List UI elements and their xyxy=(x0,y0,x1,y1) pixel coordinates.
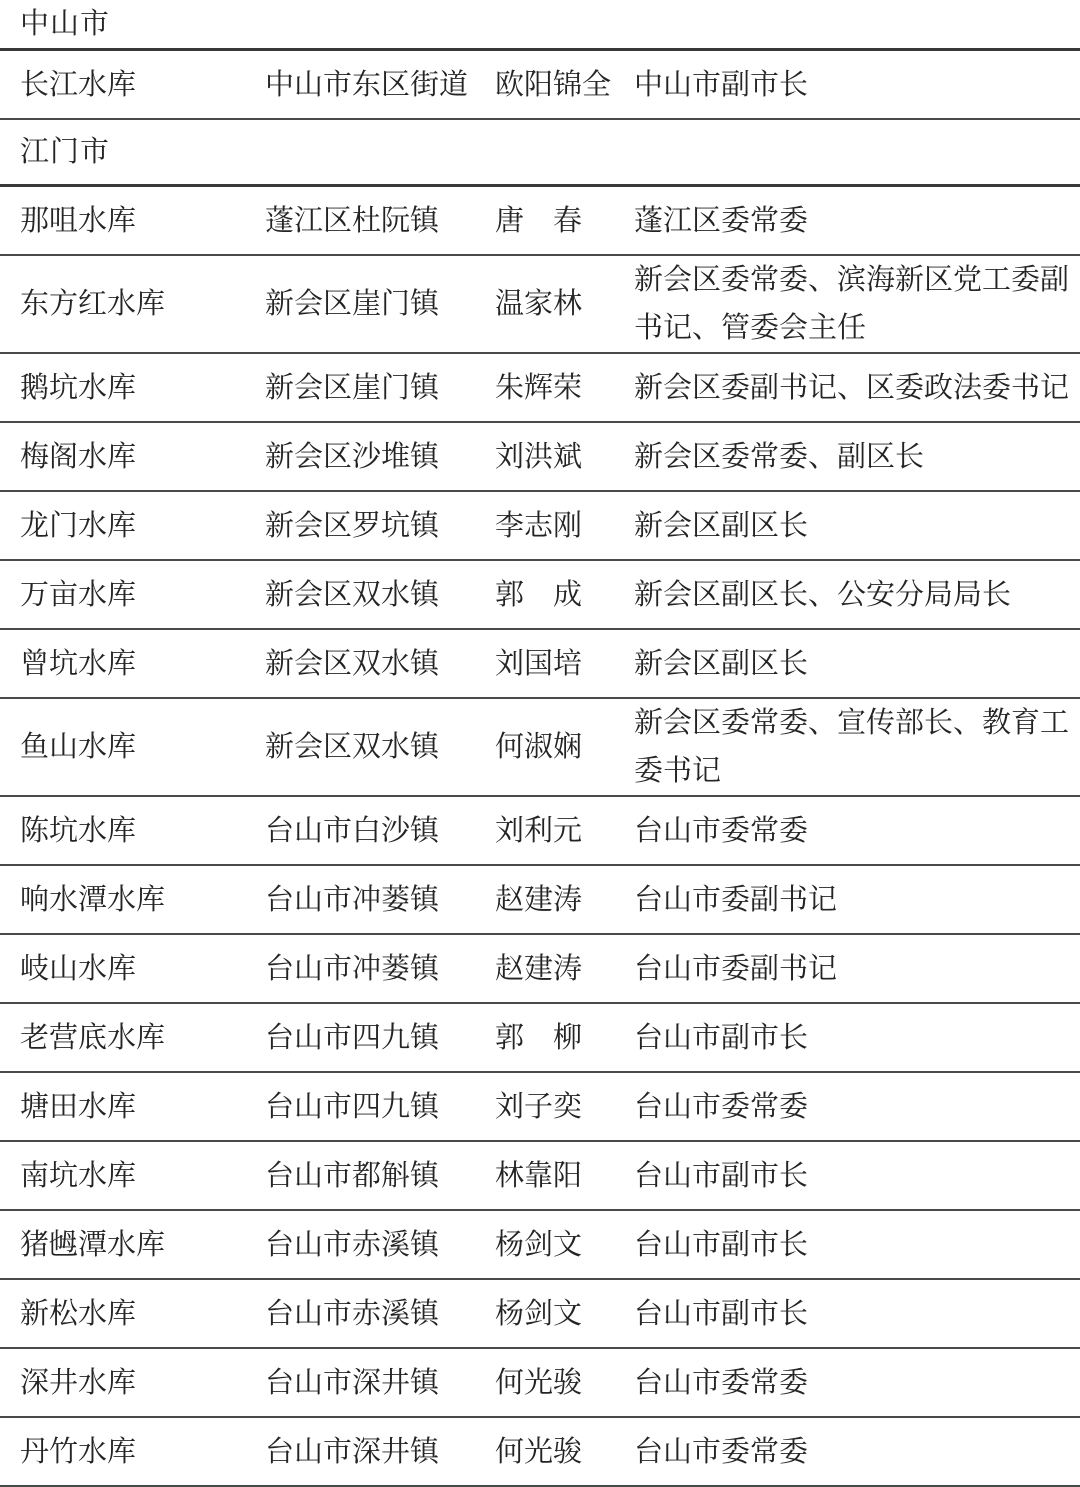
table-row: 老营底水库台山市四九镇郭 柳台山市副市长 xyxy=(0,1003,1080,1072)
location-cell: 新会区崖门镇 xyxy=(248,353,485,422)
reservoir-officials-table: 中山市长江水库中山市东区街道欧阳锦全中山市副市长江门市那咀水库蓬江区杜阮镇唐 春… xyxy=(0,0,1080,1487)
table-row: 梅阁水库新会区沙堆镇刘洪斌新会区委常委、副区长 xyxy=(0,422,1080,491)
official-title-cell: 中山市副市长 xyxy=(620,50,1080,120)
reservoir-name-cell: 陈坑水库 xyxy=(0,796,248,865)
location-cell: 台山市深井镇 xyxy=(248,1417,485,1486)
table-row: 鱼山水库新会区双水镇何淑娴新会区委常委、宣传部长、教育工委书记 xyxy=(0,698,1080,796)
location-cell: 新会区罗坑镇 xyxy=(248,491,485,560)
person-name-cell: 赵建涛 xyxy=(485,934,620,1003)
reservoir-name-cell: 塘田水库 xyxy=(0,1072,248,1141)
official-title-cell: 台山市副市长 xyxy=(620,1279,1080,1348)
official-title-cell: 台山市委常委 xyxy=(620,1072,1080,1141)
location-cell: 台山市四九镇 xyxy=(248,1072,485,1141)
location-cell: 台山市都斛镇 xyxy=(248,1141,485,1210)
person-name-cell: 郭 柳 xyxy=(485,1003,620,1072)
table-row: 东方红水库新会区崖门镇温家林新会区委常委、滨海新区党工委副书记、管委会主任 xyxy=(0,255,1080,353)
reservoir-name-cell: 南坑水库 xyxy=(0,1141,248,1210)
person-name-cell: 唐 春 xyxy=(485,186,620,256)
table-row: 长江水库中山市东区街道欧阳锦全中山市副市长 xyxy=(0,50,1080,120)
location-cell: 新会区双水镇 xyxy=(248,560,485,629)
table-body: 中山市长江水库中山市东区街道欧阳锦全中山市副市长江门市那咀水库蓬江区杜阮镇唐 春… xyxy=(0,0,1080,1486)
reservoir-name-cell: 鱼山水库 xyxy=(0,698,248,796)
official-title-cell: 新会区委常委、滨海新区党工委副书记、管委会主任 xyxy=(620,255,1080,353)
reservoir-name-cell: 那咀水库 xyxy=(0,186,248,256)
person-name-cell: 杨剑文 xyxy=(485,1210,620,1279)
official-title-cell: 新会区副区长、公安分局局长 xyxy=(620,560,1080,629)
reservoir-name-cell: 猪乸潭水库 xyxy=(0,1210,248,1279)
reservoir-name-cell: 丹竹水库 xyxy=(0,1417,248,1486)
person-name-cell: 何光骏 xyxy=(485,1348,620,1417)
table-row: 万亩水库新会区双水镇郭 成新会区副区长、公安分局局长 xyxy=(0,560,1080,629)
person-name-cell: 何淑娴 xyxy=(485,698,620,796)
official-title-cell: 台山市委常委 xyxy=(620,1348,1080,1417)
location-cell: 台山市四九镇 xyxy=(248,1003,485,1072)
table-row: 龙门水库新会区罗坑镇李志刚新会区副区长 xyxy=(0,491,1080,560)
official-title-cell: 新会区委常委、副区长 xyxy=(620,422,1080,491)
location-cell: 台山市白沙镇 xyxy=(248,796,485,865)
table-row: 猪乸潭水库台山市赤溪镇杨剑文台山市副市长 xyxy=(0,1210,1080,1279)
reservoir-name-cell: 梅阁水库 xyxy=(0,422,248,491)
reservoir-name-cell: 老营底水库 xyxy=(0,1003,248,1072)
table-row: 塘田水库台山市四九镇刘子奕台山市委常委 xyxy=(0,1072,1080,1141)
official-title-cell: 新会区副区长 xyxy=(620,629,1080,698)
table-row: 深井水库台山市深井镇何光骏台山市委常委 xyxy=(0,1348,1080,1417)
location-cell: 新会区沙堆镇 xyxy=(248,422,485,491)
person-name-cell: 林靠阳 xyxy=(485,1141,620,1210)
person-name-cell: 郭 成 xyxy=(485,560,620,629)
official-title-cell: 台山市委副书记 xyxy=(620,865,1080,934)
reservoir-name-cell: 长江水库 xyxy=(0,50,248,120)
location-cell: 新会区双水镇 xyxy=(248,698,485,796)
person-name-cell: 赵建涛 xyxy=(485,865,620,934)
location-cell: 台山市深井镇 xyxy=(248,1348,485,1417)
person-name-cell: 杨剑文 xyxy=(485,1279,620,1348)
official-title-cell: 台山市副市长 xyxy=(620,1210,1080,1279)
city-section-header: 江门市 xyxy=(0,119,1080,186)
person-name-cell: 刘洪斌 xyxy=(485,422,620,491)
reservoir-name-cell: 岐山水库 xyxy=(0,934,248,1003)
person-name-cell: 欧阳锦全 xyxy=(485,50,620,120)
person-name-cell: 温家林 xyxy=(485,255,620,353)
table-row: 新松水库台山市赤溪镇杨剑文台山市副市长 xyxy=(0,1279,1080,1348)
person-name-cell: 刘子奕 xyxy=(485,1072,620,1141)
official-title-cell: 台山市委常委 xyxy=(620,1417,1080,1486)
official-title-cell: 台山市委常委 xyxy=(620,796,1080,865)
reservoir-name-cell: 鹅坑水库 xyxy=(0,353,248,422)
city-section-row: 中山市 xyxy=(0,0,1080,50)
official-title-cell: 台山市副市长 xyxy=(620,1141,1080,1210)
official-title-cell: 新会区副区长 xyxy=(620,491,1080,560)
person-name-cell: 刘国培 xyxy=(485,629,620,698)
location-cell: 台山市赤溪镇 xyxy=(248,1279,485,1348)
official-title-cell: 台山市委副书记 xyxy=(620,934,1080,1003)
table-row: 岐山水库台山市冲蒌镇赵建涛台山市委副书记 xyxy=(0,934,1080,1003)
table-row: 那咀水库蓬江区杜阮镇唐 春蓬江区委常委 xyxy=(0,186,1080,256)
location-cell: 中山市东区街道 xyxy=(248,50,485,120)
reservoir-name-cell: 响水潭水库 xyxy=(0,865,248,934)
person-name-cell: 李志刚 xyxy=(485,491,620,560)
official-title-cell: 新会区委副书记、区委政法委书记 xyxy=(620,353,1080,422)
official-title-cell: 蓬江区委常委 xyxy=(620,186,1080,256)
reservoir-name-cell: 深井水库 xyxy=(0,1348,248,1417)
location-cell: 台山市冲蒌镇 xyxy=(248,934,485,1003)
city-section-header: 中山市 xyxy=(0,0,1080,50)
reservoir-name-cell: 东方红水库 xyxy=(0,255,248,353)
location-cell: 新会区双水镇 xyxy=(248,629,485,698)
official-title-cell: 台山市副市长 xyxy=(620,1003,1080,1072)
table-row: 鹅坑水库新会区崖门镇朱辉荣新会区委副书记、区委政法委书记 xyxy=(0,353,1080,422)
location-cell: 蓬江区杜阮镇 xyxy=(248,186,485,256)
table-row: 南坑水库台山市都斛镇林靠阳台山市副市长 xyxy=(0,1141,1080,1210)
official-title-cell: 新会区委常委、宣传部长、教育工委书记 xyxy=(620,698,1080,796)
table-row: 丹竹水库台山市深井镇何光骏台山市委常委 xyxy=(0,1417,1080,1486)
table-row: 陈坑水库台山市白沙镇刘利元台山市委常委 xyxy=(0,796,1080,865)
table-row: 响水潭水库台山市冲蒌镇赵建涛台山市委副书记 xyxy=(0,865,1080,934)
location-cell: 台山市冲蒌镇 xyxy=(248,865,485,934)
person-name-cell: 何光骏 xyxy=(485,1417,620,1486)
reservoir-name-cell: 曾坑水库 xyxy=(0,629,248,698)
reservoir-name-cell: 龙门水库 xyxy=(0,491,248,560)
person-name-cell: 朱辉荣 xyxy=(485,353,620,422)
location-cell: 新会区崖门镇 xyxy=(248,255,485,353)
person-name-cell: 刘利元 xyxy=(485,796,620,865)
city-section-row: 江门市 xyxy=(0,119,1080,186)
table-row: 曾坑水库新会区双水镇刘国培新会区副区长 xyxy=(0,629,1080,698)
reservoir-name-cell: 新松水库 xyxy=(0,1279,248,1348)
location-cell: 台山市赤溪镇 xyxy=(248,1210,485,1279)
reservoir-name-cell: 万亩水库 xyxy=(0,560,248,629)
